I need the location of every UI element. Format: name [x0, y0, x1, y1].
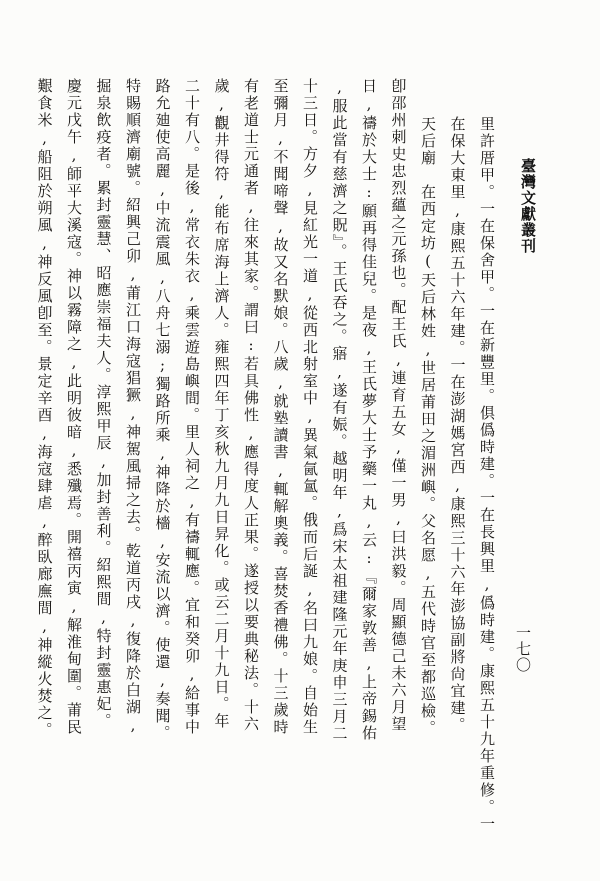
text-column: 日,禱於大士:願再得佳兒。是夜,王氏夢大士予藥一丸,云:『爾家敦善,上帝錫佑	[354, 78, 384, 833]
text-column: 掘泉飲疫者。累封靈慧、昭應崇福夫人。淳熙甲辰,加封善利。紹熙間,特封靈惠妃。	[88, 78, 118, 833]
text-column: 里許厝甲。一在保舍甲。一在新豐里。俱僞時建。一在長興里,僞時建。康熙五十九年重修…	[472, 116, 502, 833]
book-page: 臺灣文獻叢刊 一七〇 里許厝甲。一在保舍甲。一在新豐里。俱僞時建。一在長興里,僞…	[0, 0, 600, 881]
text-column: ,服此當有慈濟之貺』。王氏吞之。寤,遂有娠。越明年,爲宋太祖建隆元年庚申三月二	[324, 78, 354, 833]
text-column: 至彌月,不聞啼聲,故又名默娘。八歲,就塾讀書,輒解奧義。喜焚香禮佛。十三歲時	[265, 78, 295, 833]
text-column: 歲,觀井得符,能布席海上濟人。雍熙四年丁亥秋九月九日昇化。或云二月十九日。年	[206, 78, 236, 833]
text-column: 有老道士元通者,往來其家。謂曰:若具佛性,應得度人正果。遂授以要典秘法。十六	[236, 78, 266, 833]
text-column: 艱食米,船阻於朔風,神反風卽至。景定辛酉,海寇肆虐,醉臥廊廡間,神縱火焚之。	[29, 78, 59, 833]
text-column: 二十有八。是後,常衣朱衣,乘雲遊島嶼間。里人祠之,有禱輒應。宜和癸卯,給事中	[177, 78, 207, 833]
page-number: 一七〇	[513, 625, 534, 673]
text-column: 在保大東里,康熙五十六年建。一在澎湖媽宮西,康熙三十六年澎協副將尙宜建。	[442, 116, 472, 833]
text-column: 特賜順濟廟號。紹興己卯,莆江口海寇猖獗,神駕風掃之去。乾道丙戌,復降於白湖,	[118, 78, 148, 833]
text-column: 路允廸使高麗,中流震風,八舟七溺;獨路所乘,神降於檣,安流以濟。使還,奏聞。	[147, 78, 177, 833]
text-column: 十三日。方夕,見紅光一道,從西北射室中,異氣氤氳。俄而后誕,名曰九娘。自始生	[295, 78, 325, 833]
text-column: 慶元戊午,師平大溪寇。神以霧障之,此明彼暗,悉殲焉。開禧丙寅,解淮甸圍。莆民	[59, 78, 89, 833]
series-title: 臺灣文獻叢刊	[518, 158, 539, 254]
text-block: 里許厝甲。一在保舍甲。一在新豐里。俱僞時建。一在長興里,僞時建。康熙五十九年重修…	[29, 78, 501, 833]
text-column: 卽邵州刺史忠烈蘊之元孫也。配王氏,連育五女,僅一男,曰洪毅。周顯德己未六月望	[383, 78, 413, 833]
text-column: 天后廟 在西定坊(天后林姓,世居莆田之湄洲嶼。父名愿,五代時官至都巡檢。	[413, 116, 443, 833]
